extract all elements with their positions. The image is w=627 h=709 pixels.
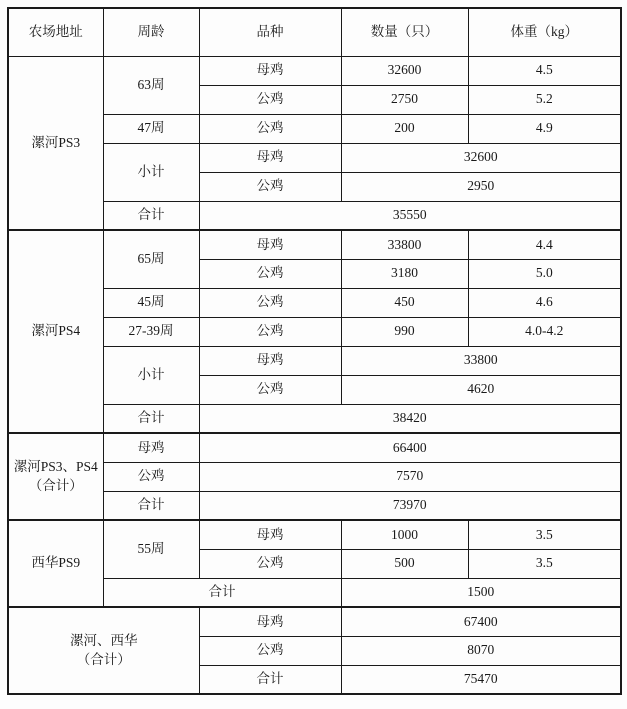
table-cell: 合计 (103, 404, 199, 433)
table-cell: 母鸡 (199, 607, 341, 636)
table-cell: 漯河PS3 (8, 56, 103, 230)
table-cell: 合计 (103, 578, 341, 607)
table-row: 西华PS955周母鸡10003.5 (8, 520, 621, 549)
table-cell: 990 (341, 317, 468, 346)
table-cell: 7570 (199, 462, 621, 491)
table-cell: 4.9 (468, 114, 621, 143)
table-cell: 3.5 (468, 549, 621, 578)
table-cell: 母鸡 (199, 56, 341, 85)
table-cell: 公鸡 (199, 375, 341, 404)
table-cell: 公鸡 (199, 288, 341, 317)
column-header: 品种 (199, 8, 341, 56)
table-cell: 1000 (341, 520, 468, 549)
table-cell: 公鸡 (199, 259, 341, 288)
table-cell: 4.5 (468, 56, 621, 85)
table-body: 漯河PS363周母鸡326004.5公鸡27505.247周公鸡2004.9小计… (8, 56, 621, 694)
table-cell: 45周 (103, 288, 199, 317)
header-row: 农场地址周龄品种数量（只）体重（kg） (8, 8, 621, 56)
table-cell: 合计 (103, 491, 199, 520)
table-cell: 63周 (103, 56, 199, 114)
table-cell: 公鸡 (199, 549, 341, 578)
table-cell: 3.5 (468, 520, 621, 549)
table-cell: 67400 (341, 607, 621, 636)
table-cell: 66400 (199, 433, 621, 462)
table-cell: 75470 (341, 665, 621, 694)
table-cell: 38420 (199, 404, 621, 433)
table-cell: 合计 (103, 201, 199, 230)
table-cell: 5.2 (468, 85, 621, 114)
table-cell: 公鸡 (199, 85, 341, 114)
table-cell: 西华PS9 (8, 520, 103, 607)
table-cell: 32600 (341, 143, 621, 172)
page: 农场地址周龄品种数量（只）体重（kg） 漯河PS363周母鸡326004.5公鸡… (0, 0, 627, 709)
table-cell: 漯河、西华 （合计） (8, 607, 199, 694)
table-cell: 公鸡 (103, 462, 199, 491)
table-row: 漯河PS363周母鸡326004.5 (8, 56, 621, 85)
table-row: 漯河、西华 （合计）母鸡67400 (8, 607, 621, 636)
table-cell: 5.0 (468, 259, 621, 288)
table-cell: 27-39周 (103, 317, 199, 346)
table-cell: 4620 (341, 375, 621, 404)
table-cell: 漯河PS4 (8, 230, 103, 433)
table-cell: 35550 (199, 201, 621, 230)
table-cell: 母鸡 (199, 346, 341, 375)
table-cell: 公鸡 (199, 636, 341, 665)
table-cell: 母鸡 (199, 143, 341, 172)
farm-inventory-table: 农场地址周龄品种数量（只）体重（kg） 漯河PS363周母鸡326004.5公鸡… (7, 7, 622, 695)
table-cell: 公鸡 (199, 114, 341, 143)
table-cell: 200 (341, 114, 468, 143)
table-row: 漯河PS465周母鸡338004.4 (8, 230, 621, 259)
table-cell: 33800 (341, 230, 468, 259)
table-cell: 公鸡 (199, 317, 341, 346)
table-cell: 500 (341, 549, 468, 578)
table-cell: 32600 (341, 56, 468, 85)
table-cell: 小计 (103, 143, 199, 201)
column-header: 周龄 (103, 8, 199, 56)
table-cell: 公鸡 (199, 172, 341, 201)
table-cell: 2950 (341, 172, 621, 201)
table-cell: 合计 (199, 665, 341, 694)
table-cell: 8070 (341, 636, 621, 665)
table-cell: 2750 (341, 85, 468, 114)
table-cell: 450 (341, 288, 468, 317)
table-cell: 4.4 (468, 230, 621, 259)
table-cell: 4.0-4.2 (468, 317, 621, 346)
column-header: 体重（kg） (468, 8, 621, 56)
table-row: 漯河PS3、PS4 （合计）母鸡66400 (8, 433, 621, 462)
table-cell: 73970 (199, 491, 621, 520)
table-cell: 47周 (103, 114, 199, 143)
column-header: 农场地址 (8, 8, 103, 56)
table-cell: 母鸡 (199, 230, 341, 259)
table-cell: 4.6 (468, 288, 621, 317)
table-cell: 小计 (103, 346, 199, 404)
table-header: 农场地址周龄品种数量（只）体重（kg） (8, 8, 621, 56)
table-cell: 65周 (103, 230, 199, 288)
table-cell: 3180 (341, 259, 468, 288)
table-cell: 漯河PS3、PS4 （合计） (8, 433, 103, 520)
table-cell: 55周 (103, 520, 199, 578)
column-header: 数量（只） (341, 8, 468, 56)
table-cell: 母鸡 (199, 520, 341, 549)
table-cell: 母鸡 (103, 433, 199, 462)
table-cell: 1500 (341, 578, 621, 607)
table-cell: 33800 (341, 346, 621, 375)
